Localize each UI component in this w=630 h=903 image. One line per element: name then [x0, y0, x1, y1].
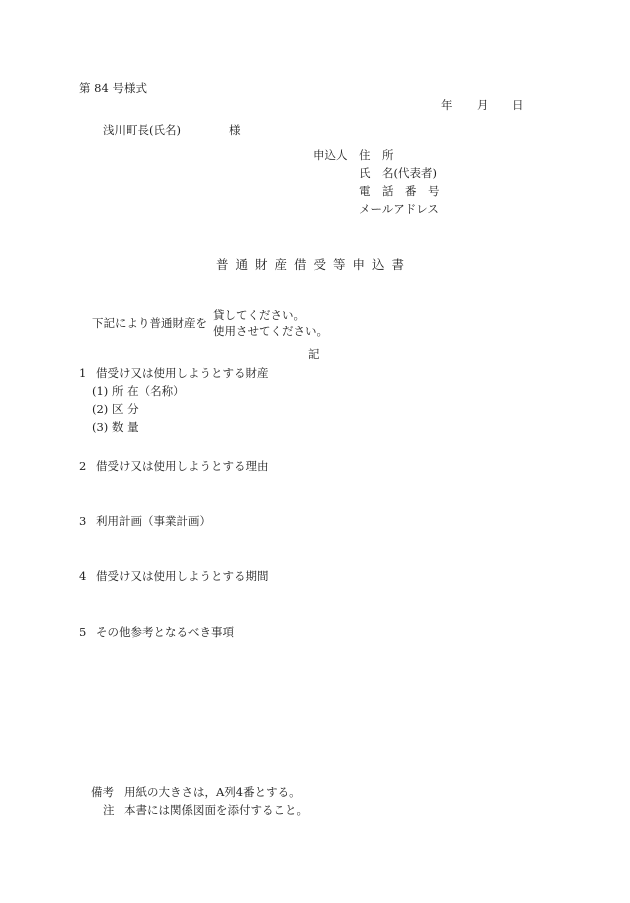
item-1-number: 1: [79, 368, 86, 380]
item-1-label: 借受け又は使用しようとする財産: [96, 368, 269, 380]
item-4-label: 借受け又は使用しようとする期間: [96, 571, 269, 583]
item-4-number: 4: [79, 571, 86, 583]
date-month: 月: [477, 100, 489, 112]
addressee-honorific: 様: [229, 125, 241, 137]
item-5-label: その他参考となるべき事項: [96, 627, 234, 639]
applicant-email: メールアドレス: [359, 204, 439, 216]
form-number: 第 84 号様式: [79, 83, 147, 95]
applicant-address: 住 所: [359, 150, 394, 162]
applicant-label: 申込人: [313, 150, 348, 162]
ki-heading: 記: [308, 349, 320, 361]
item-2-number: 2: [79, 461, 86, 473]
note-remarks-label: 備考: [91, 787, 114, 799]
item-1-sub-category: (2) 区 分: [92, 404, 139, 416]
request-option-lend: 貸してください。: [213, 310, 305, 322]
addressee-name: 浅川町長(氏名): [103, 125, 181, 137]
date-day: 日: [512, 100, 524, 112]
request-prefix: 下記により普通財産を: [92, 318, 207, 330]
applicant-phone: 電 話 番 号: [359, 186, 440, 198]
note-caution-label: 注: [103, 805, 115, 817]
note-caution-text: 本書には関係図面を添付すること。: [124, 805, 308, 817]
item-5-number: 5: [79, 627, 86, 639]
item-2-label: 借受け又は使用しようとする理由: [96, 461, 269, 473]
item-3-number: 3: [79, 516, 86, 528]
note-remarks-text: 用紙の大きさは，A列4番とする。: [124, 787, 301, 799]
document-title: 普通財産借受等申込書: [216, 259, 411, 272]
item-1-sub-quantity: (3) 数 量: [92, 422, 139, 434]
item-3-label: 利用計画（事業計画）: [96, 516, 211, 528]
request-option-use: 使用させてください。: [213, 326, 328, 338]
item-1-sub-location: (1) 所 在（名称）: [92, 386, 185, 398]
date-year: 年: [441, 100, 453, 112]
applicant-name: 氏 名(代表者): [359, 168, 437, 180]
